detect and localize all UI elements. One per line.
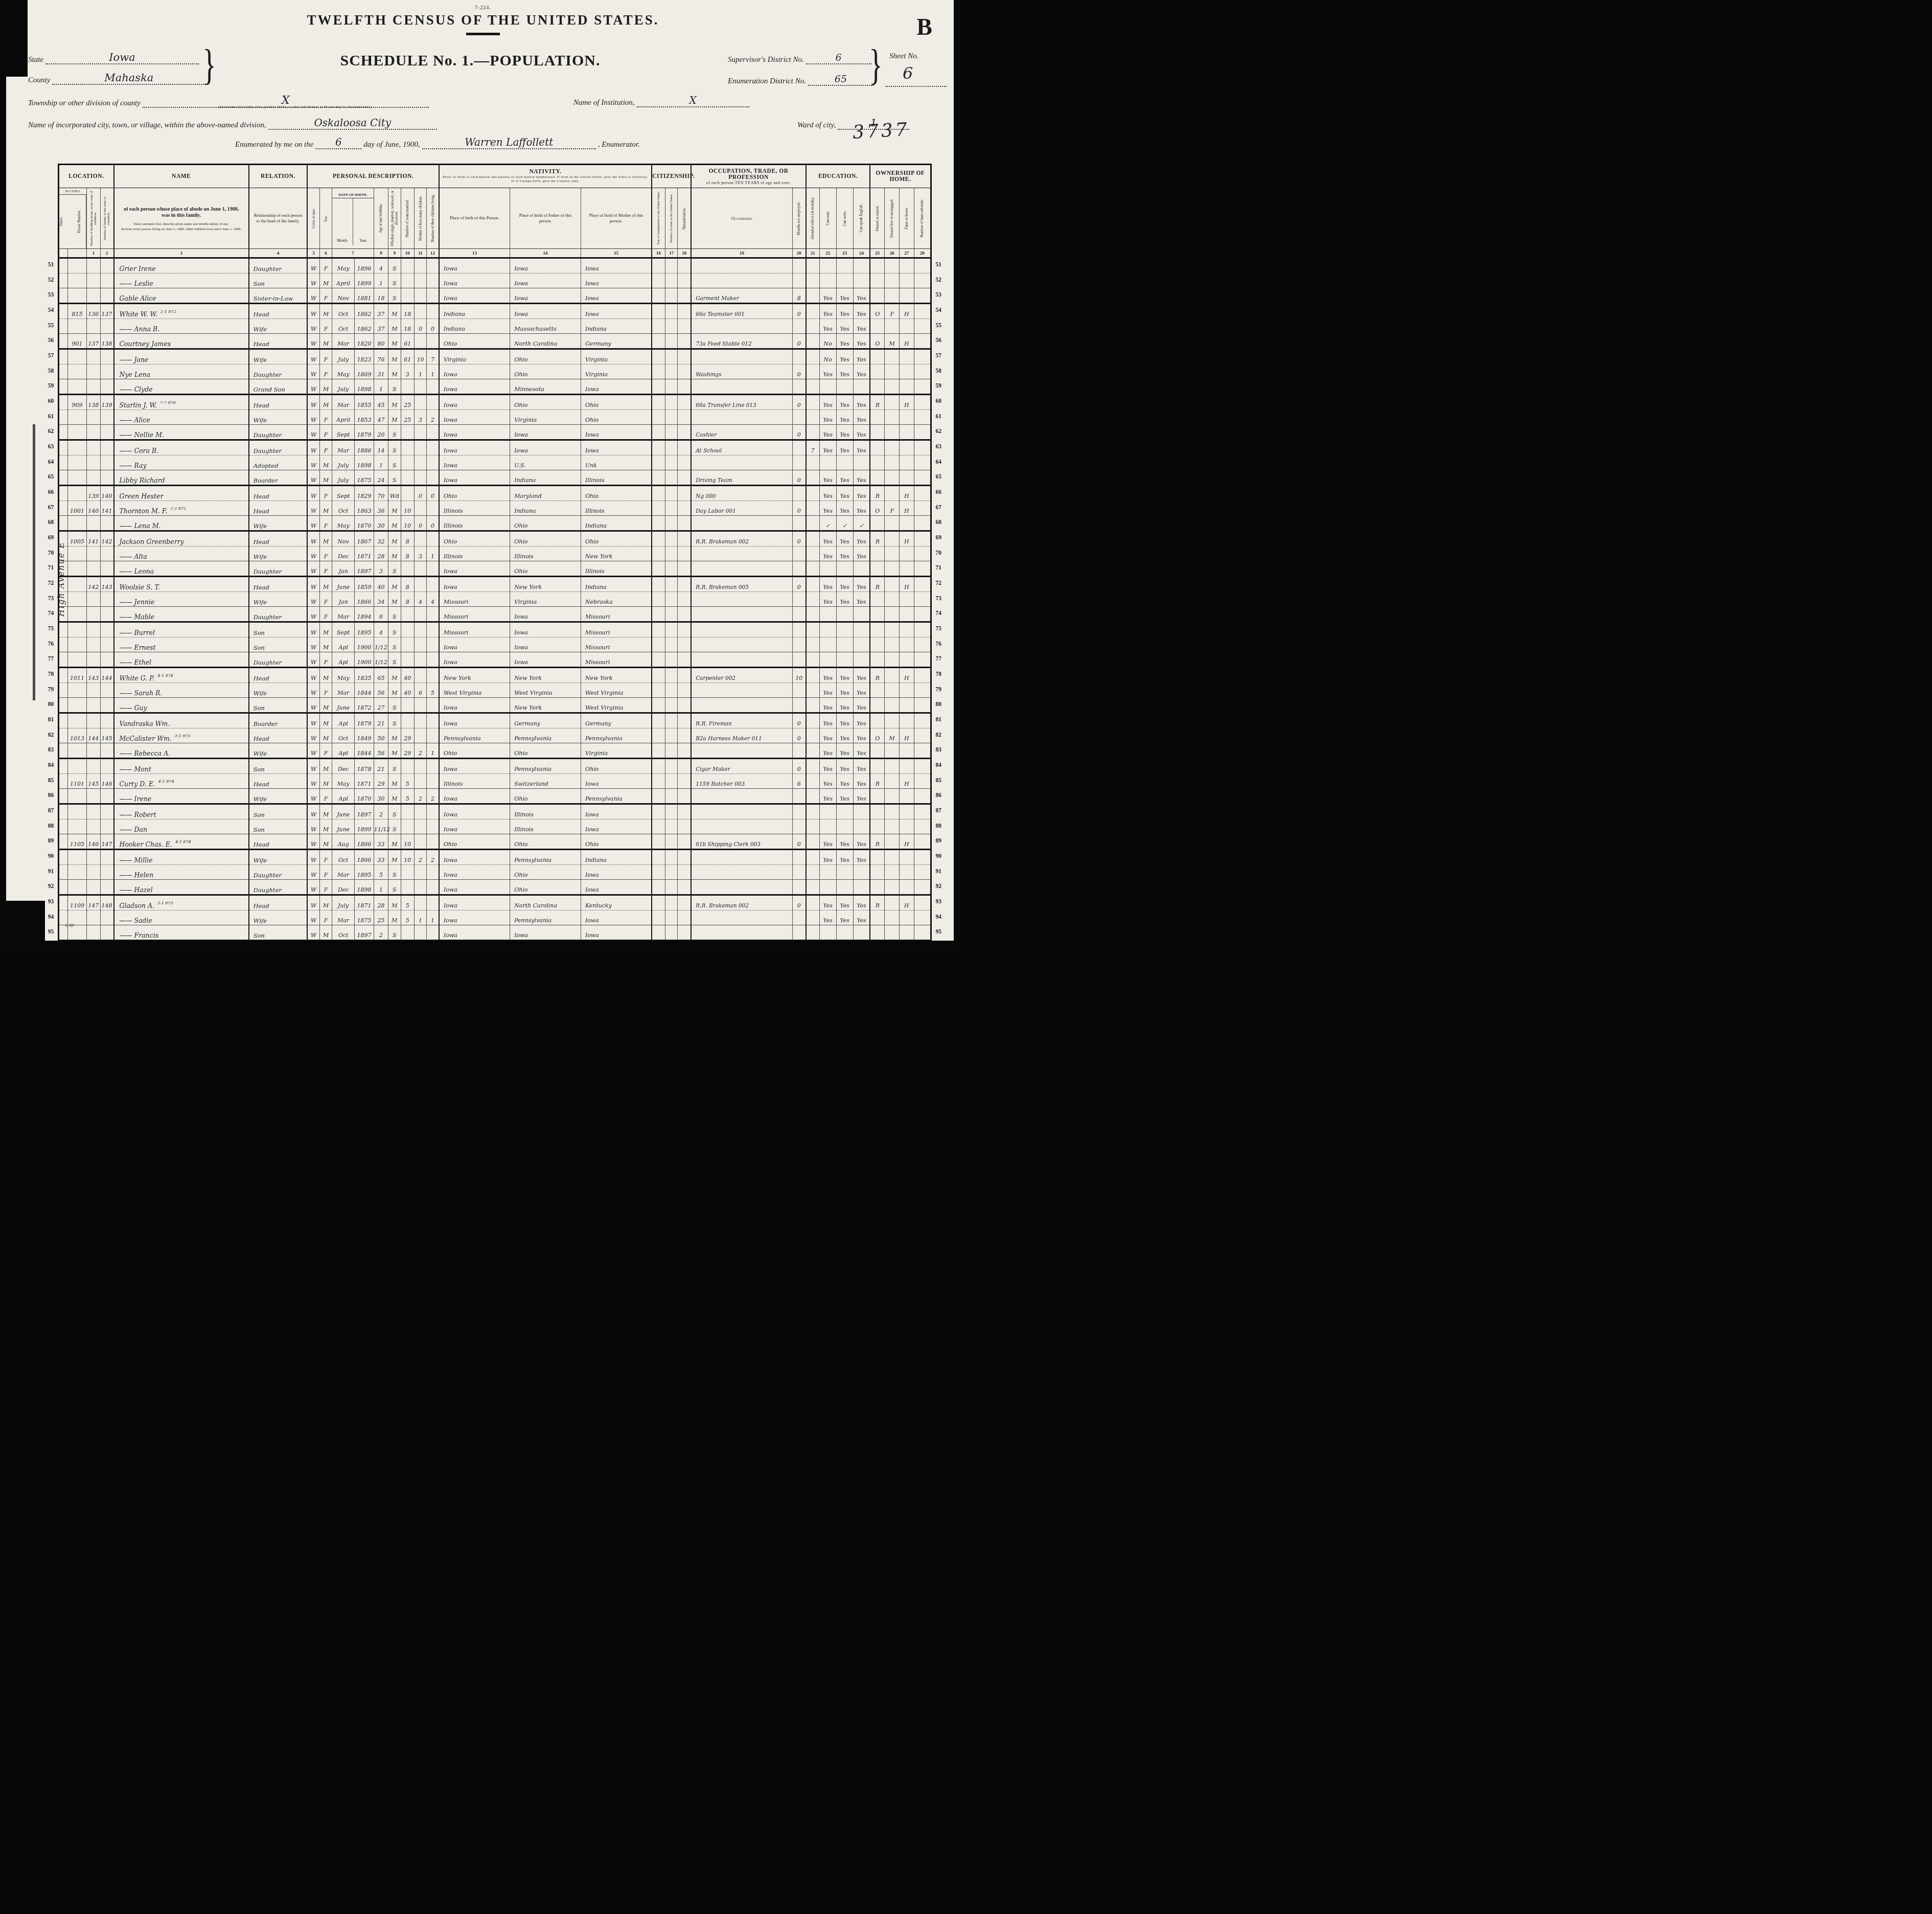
cell-children-living <box>427 804 439 819</box>
person-row-68: 68—— Lena M.WifeWFMay187030M1000Illinois… <box>44 516 946 531</box>
header-pob-mother: Place of birth of Mother of this person. <box>581 188 652 249</box>
cell-pob-father: Iowa <box>510 274 581 288</box>
cell-mother-of-children: 1 <box>414 910 426 925</box>
state-label: State <box>28 56 43 64</box>
cell-children-living <box>427 258 439 274</box>
row-number-left: 57 <box>44 349 59 364</box>
cell-house-number: 1011 <box>67 668 86 683</box>
cell-street <box>59 334 68 349</box>
cell-mother-of-children: 0 <box>414 486 426 501</box>
schedule-title: SCHEDULE No. 1.—POPULATION. <box>317 52 624 70</box>
cell-owned-free-mortgaged <box>885 865 900 880</box>
person-row-59: 59—— ClydeGrand SonWMJuly18981SIowaMinne… <box>44 379 946 395</box>
cell-naturalization <box>678 364 691 379</box>
cell-color-race: W <box>307 804 319 819</box>
cell-birth-year: 1862 <box>355 304 374 319</box>
cell-birth-month: May <box>332 516 355 531</box>
header-farm-schedule: Number of farm schedule. <box>914 188 931 249</box>
cell-can-speak-english: Yes <box>853 774 870 789</box>
cell-sex: M <box>319 925 332 941</box>
cell-birth-month: May <box>332 668 355 683</box>
cell-months-not-employed <box>792 258 806 274</box>
header-birth-month: Month. <box>332 198 353 245</box>
cell-pob-father: Illinois <box>510 804 581 819</box>
supervisor-district-row: Supervisor's District No. 6 <box>728 52 871 64</box>
cell-mother-of-children <box>414 819 426 834</box>
cell-pob-father: Pennsylvania <box>510 910 581 925</box>
cell-pob-father: New York <box>510 668 581 683</box>
header-name: of each person whose place of abode on J… <box>114 188 249 249</box>
cell-farm-schedule <box>914 819 931 834</box>
cell-sex: F <box>319 683 332 698</box>
cell-pob-father: Ohio <box>510 531 581 546</box>
person-row-53: 53Gable AliceSister-in-LawWFNov188118SIo… <box>44 288 946 304</box>
cell-house-number <box>67 683 86 698</box>
cell-marital-status: M <box>388 789 401 804</box>
cell-owned-rented <box>870 698 885 713</box>
cell-name: Starlin J. W.7-7 876 <box>114 395 249 410</box>
cell-can-write <box>836 652 853 668</box>
cell-birth-month: June <box>332 804 355 819</box>
cell-owned-rented: O <box>870 728 885 743</box>
cell-farm-house <box>900 925 914 941</box>
cell-can-speak-english <box>853 258 870 274</box>
cell-pob-person: Ohio <box>439 334 510 349</box>
cell-relation: Daughter <box>249 652 308 668</box>
cell-can-read: Yes <box>819 531 836 546</box>
cell-relation: Son <box>249 925 308 941</box>
row-number-right: 81 <box>931 713 946 728</box>
cell-pob-mother: Missouri <box>581 607 652 622</box>
cell-farm-schedule <box>914 865 931 880</box>
header-mother-of-children: Mother of how many children. <box>414 188 426 249</box>
cell-owned-rented: R <box>870 486 885 501</box>
cell-children-living <box>427 622 439 637</box>
cell-attended-school <box>806 774 819 789</box>
cell-can-write <box>836 865 853 880</box>
cell-naturalization <box>678 258 691 274</box>
cell-attended-school <box>806 334 819 349</box>
cell-years-in-us <box>665 865 678 880</box>
cell-dwelling-number <box>87 607 100 622</box>
cell-street <box>59 349 68 364</box>
cell-months-not-employed: 0 <box>792 364 806 379</box>
header-owned-rented: Owned or rented. <box>870 188 885 249</box>
cell-marital-status: S <box>388 455 401 470</box>
cell-mother-of-children <box>414 455 426 470</box>
cell-family-number: 142 <box>100 531 113 546</box>
cell-months-not-employed <box>792 880 806 895</box>
cell-birth-year: 1898 <box>355 455 374 470</box>
cell-relation: Head <box>249 304 308 319</box>
cell-age: 28 <box>374 895 388 910</box>
cell-street <box>59 288 68 304</box>
cell-house-number <box>67 713 86 728</box>
cell-sex: M <box>319 622 332 637</box>
cell-dwelling-number <box>87 804 100 819</box>
cell-months-not-employed <box>792 561 806 577</box>
cell-dwelling-number <box>87 592 100 607</box>
cell-relation: Wife <box>249 850 308 865</box>
cell-relation: Son <box>249 759 308 774</box>
cell-farm-house <box>900 455 914 470</box>
cell-years-in-us <box>665 455 678 470</box>
cell-farm-schedule <box>914 304 931 319</box>
cell-color-race: W <box>307 819 319 834</box>
cell-children-living <box>427 531 439 546</box>
cell-family-number <box>100 364 113 379</box>
cell-immigration-year <box>652 592 665 607</box>
cell-owned-rented <box>870 925 885 941</box>
row-number-right: 72 <box>931 577 946 592</box>
cell-mother-of-children <box>414 288 426 304</box>
cell-years-in-us <box>665 577 678 592</box>
cell-occupation: Garment Maker <box>691 288 792 304</box>
cell-relation: Wife <box>249 743 308 759</box>
cell-birth-year: 1869 <box>355 364 374 379</box>
clerk-mark: 4-1 874 <box>157 673 173 678</box>
cell-mother-of-children <box>414 395 426 410</box>
cell-months-not-employed <box>792 910 806 925</box>
cell-color-race: W <box>307 486 319 501</box>
cell-owned-free-mortgaged <box>885 759 900 774</box>
cell-birth-year: 1849 <box>355 728 374 743</box>
cell-pob-father: Ohio <box>510 561 581 577</box>
cell-children-living: 7 <box>427 349 439 364</box>
cell-owned-rented <box>870 759 885 774</box>
cell-sex: F <box>319 258 332 274</box>
cell-owned-rented: O <box>870 304 885 319</box>
cell-relation: Head <box>249 334 308 349</box>
row-number-right: 70 <box>931 546 946 561</box>
cell-years-married: 3 <box>401 364 414 379</box>
cell-attended-school <box>806 804 819 819</box>
cell-street <box>59 698 68 713</box>
row-number-right: 53 <box>931 288 946 304</box>
cell-color-race: W <box>307 501 319 516</box>
cell-pob-person: Iowa <box>439 425 510 440</box>
cell-months-not-employed <box>792 850 806 865</box>
cell-occupation <box>691 910 792 925</box>
row-number-left: 93 <box>44 895 59 910</box>
cell-years-in-us <box>665 683 678 698</box>
cell-children-living <box>427 501 439 516</box>
cell-farm-house: H <box>900 895 914 910</box>
cell-house-number: 901 <box>67 334 86 349</box>
cell-dwelling-number: 147 <box>87 895 100 910</box>
row-number-right: 74 <box>931 607 946 622</box>
cell-sex: F <box>319 789 332 804</box>
person-row-94: 94—— SadieWifeWFMar187525M511IowaPennsyl… <box>44 910 946 925</box>
cell-farm-house <box>900 470 914 486</box>
cell-can-read: Yes <box>819 834 836 850</box>
cell-birth-month: Sept <box>332 425 355 440</box>
cell-dwelling-number <box>87 319 100 334</box>
row-number-right: 94 <box>931 910 946 925</box>
film-border-top-left <box>0 0 28 77</box>
cell-dwelling-number <box>87 880 100 895</box>
cell-birth-month: Dec <box>332 880 355 895</box>
cell-owned-rented <box>870 258 885 274</box>
row-number-column-right <box>931 165 946 258</box>
cell-pob-father: Iowa <box>510 440 581 455</box>
cell-dwelling-number <box>87 425 100 440</box>
enumeration-label: Enumeration District No. <box>728 77 806 85</box>
cell-house-number <box>67 607 86 622</box>
cell-owned-rented: R <box>870 668 885 683</box>
cell-pob-mother: Missouri <box>581 652 652 668</box>
cell-can-write: Yes <box>836 470 853 486</box>
cell-farm-schedule <box>914 683 931 698</box>
cell-sex: F <box>319 319 332 334</box>
cell-children-living <box>427 288 439 304</box>
cell-attended-school <box>806 274 819 288</box>
cell-immigration-year <box>652 789 665 804</box>
cell-color-race: W <box>307 895 319 910</box>
supervisor-label: Supervisor's District No. <box>728 56 804 64</box>
cell-street <box>59 258 68 274</box>
cell-owned-free-mortgaged <box>885 622 900 637</box>
cell-dwelling-number: 141 <box>87 531 100 546</box>
person-row-58: 58Nye LenaDaughterWFMay186931M311IowaOhi… <box>44 364 946 379</box>
cell-attended-school <box>806 364 819 379</box>
cell-naturalization <box>678 425 691 440</box>
cell-farm-house: H <box>900 304 914 319</box>
cell-house-number: 815 <box>67 304 86 319</box>
cell-pob-person: Iowa <box>439 258 510 274</box>
supervisor-value: 6 <box>836 52 842 63</box>
header-color-race: Color or race. <box>307 188 319 249</box>
cell-occupation: At School <box>691 440 792 455</box>
cell-sex: F <box>319 364 332 379</box>
cell-immigration-year <box>652 607 665 622</box>
cell-occupation: R.R. Brakeman 002 <box>691 531 792 546</box>
cell-farm-house <box>900 561 914 577</box>
cell-years-married: 10 <box>401 501 414 516</box>
cell-sex: F <box>319 607 332 622</box>
cell-mother-of-children: 6 <box>414 683 426 698</box>
cell-age: 11/12 <box>374 819 388 834</box>
person-row-63: 63—— Cora B.DaughterWFMar188614SIowaIowa… <box>44 440 946 455</box>
cell-pob-mother: Missouri <box>581 622 652 637</box>
cell-house-number <box>67 288 86 304</box>
cell-naturalization <box>678 728 691 743</box>
cell-marital-status: S <box>388 698 401 713</box>
cell-marital-status: S <box>388 865 401 880</box>
row-number-left: 61 <box>44 410 59 425</box>
cell-pob-mother: Unk <box>581 455 652 470</box>
cell-months-not-employed <box>792 819 806 834</box>
row-number-right: 75 <box>931 622 946 637</box>
cell-immigration-year <box>652 425 665 440</box>
cell-can-speak-english <box>853 880 870 895</box>
cell-immigration-year <box>652 516 665 531</box>
cell-pob-person: Missouri <box>439 607 510 622</box>
cell-pob-person: Iowa <box>439 925 510 941</box>
cell-age: 1 <box>374 880 388 895</box>
cell-occupation: Driving Team <box>691 470 792 486</box>
cell-pob-mother: New York <box>581 546 652 561</box>
header-dwelling-number: Number of dwelling house, in the order o… <box>87 188 100 249</box>
cell-sex: F <box>319 743 332 759</box>
cell-can-write: Yes <box>836 425 853 440</box>
cell-naturalization <box>678 637 691 652</box>
cell-owned-rented <box>870 470 885 486</box>
cell-name: White G. P.4-1 874 <box>114 668 249 683</box>
cell-farm-house: H <box>900 668 914 683</box>
institution-value: X <box>689 94 696 106</box>
cell-family-number <box>100 516 113 531</box>
cell-years-in-us <box>665 925 678 941</box>
cell-can-read: Yes <box>819 546 836 561</box>
cell-children-living: 0 <box>427 486 439 501</box>
cell-immigration-year <box>652 319 665 334</box>
cell-attended-school <box>806 486 819 501</box>
cell-naturalization <box>678 910 691 925</box>
cell-birth-year: 1898 <box>355 379 374 395</box>
cell-immigration-year <box>652 410 665 425</box>
cell-occupation: 1159 Butcher 003 <box>691 774 792 789</box>
cell-years-in-us <box>665 850 678 865</box>
cell-dwelling-number: 146 <box>87 834 100 850</box>
cell-name: Libby Richard <box>114 470 249 486</box>
cell-immigration-year <box>652 258 665 274</box>
cell-birth-year: 1875 <box>355 910 374 925</box>
cell-color-race: W <box>307 516 319 531</box>
cell-name: Curty D. E.4-1 874 <box>114 774 249 789</box>
cell-color-race: W <box>307 698 319 713</box>
person-row-60: 60909138139Starlin J. W.7-7 876HeadWMMar… <box>44 395 946 410</box>
cell-color-race: W <box>307 349 319 364</box>
cell-farm-schedule <box>914 895 931 910</box>
cell-immigration-year <box>652 910 665 925</box>
cell-can-write <box>836 925 853 941</box>
cell-age: 30 <box>374 516 388 531</box>
cell-dwelling-number <box>87 698 100 713</box>
cell-age: 30 <box>374 789 388 804</box>
cell-occupation <box>691 319 792 334</box>
cell-relation: Son <box>249 819 308 834</box>
cell-marital-status: S <box>388 652 401 668</box>
person-row-74: 74—— MableDaughterWFMar18946SMissouriIow… <box>44 607 946 622</box>
cell-pob-mother: Iowa <box>581 274 652 288</box>
cell-owned-free-mortgaged <box>885 258 900 274</box>
row-number-right: 71 <box>931 561 946 577</box>
cell-family-number <box>100 258 113 274</box>
cell-years-married <box>401 804 414 819</box>
cell-family-number <box>100 698 113 713</box>
cell-birth-year: 1866 <box>355 850 374 865</box>
cell-farm-schedule <box>914 850 931 865</box>
cell-owned-free-mortgaged <box>885 789 900 804</box>
cell-sex: F <box>319 425 332 440</box>
cell-attended-school: 7 <box>806 440 819 455</box>
cell-street <box>59 804 68 819</box>
cell-marital-status: M <box>388 304 401 319</box>
cell-sex: M <box>319 728 332 743</box>
cell-naturalization <box>678 698 691 713</box>
cell-birth-year: 1866 <box>355 592 374 607</box>
cell-pob-person: Iowa <box>439 455 510 470</box>
cell-marital-status: S <box>388 622 401 637</box>
cell-children-living <box>427 880 439 895</box>
cell-can-write: Yes <box>836 319 853 334</box>
cell-pob-mother: Iowa <box>581 865 652 880</box>
cell-pob-person: Indiana <box>439 319 510 334</box>
enumerator-label: , Enumerator. <box>598 141 640 149</box>
cell-color-race: W <box>307 288 319 304</box>
cell-street <box>59 895 68 910</box>
cell-immigration-year <box>652 925 665 941</box>
cell-naturalization <box>678 743 691 759</box>
cell-occupation <box>691 455 792 470</box>
header-immigration-year: Year of immigration to the United States… <box>652 188 665 249</box>
cell-marital-status: S <box>388 607 401 622</box>
cell-pob-father: Iowa <box>510 304 581 319</box>
cell-farm-schedule <box>914 834 931 850</box>
row-number-right: 88 <box>931 819 946 834</box>
row-number-right: 83 <box>931 743 946 759</box>
cell-pob-mother: Indiana <box>581 577 652 592</box>
cell-pob-person: Missouri <box>439 622 510 637</box>
cell-can-write <box>836 455 853 470</box>
cell-birth-month: May <box>332 364 355 379</box>
header-street: Street. <box>59 217 73 226</box>
cell-months-not-employed <box>792 637 806 652</box>
cell-naturalization <box>678 713 691 728</box>
row-number-left: 63 <box>44 440 59 455</box>
cell-can-speak-english: Yes <box>853 698 870 713</box>
cell-naturalization <box>678 607 691 622</box>
cell-color-race: W <box>307 319 319 334</box>
cell-farm-house <box>900 258 914 274</box>
cell-birth-year: 1871 <box>355 774 374 789</box>
cell-house-number <box>67 577 86 592</box>
cell-family-number <box>100 349 113 364</box>
cell-house-number <box>67 759 86 774</box>
cell-owned-free-mortgaged <box>885 470 900 486</box>
cell-attended-school <box>806 410 819 425</box>
cell-attended-school <box>806 349 819 364</box>
cell-occupation <box>691 652 792 668</box>
row-number-right: 84 <box>931 759 946 774</box>
cell-pob-person: Iowa <box>439 895 510 910</box>
cell-name: —— Burrel <box>114 622 249 637</box>
cell-years-married: 61 <box>401 334 414 349</box>
cell-dwelling-number <box>87 258 100 274</box>
cell-can-write: Yes <box>836 440 853 455</box>
cell-can-speak-english: Yes <box>853 759 870 774</box>
cell-can-speak-english: ✓ <box>853 516 870 531</box>
cell-color-race: W <box>307 410 319 425</box>
cell-family-number <box>100 607 113 622</box>
cell-can-write: Yes <box>836 577 853 592</box>
cell-birth-month: Nov <box>332 531 355 546</box>
cell-color-race: W <box>307 668 319 683</box>
cell-farm-schedule <box>914 925 931 941</box>
cell-children-living: 2 <box>427 789 439 804</box>
cell-owned-rented <box>870 910 885 925</box>
cell-house-number <box>67 546 86 561</box>
enumerated-label-1: Enumerated by me on the <box>235 141 313 149</box>
cell-age: 1 <box>374 379 388 395</box>
cell-pob-person: Virginia <box>439 349 510 364</box>
cell-house-number <box>67 486 86 501</box>
cell-pob-father: Iowa <box>510 425 581 440</box>
cell-name: —— Anna B. <box>114 319 249 334</box>
cell-color-race: W <box>307 455 319 470</box>
cell-owned-free-mortgaged <box>885 880 900 895</box>
